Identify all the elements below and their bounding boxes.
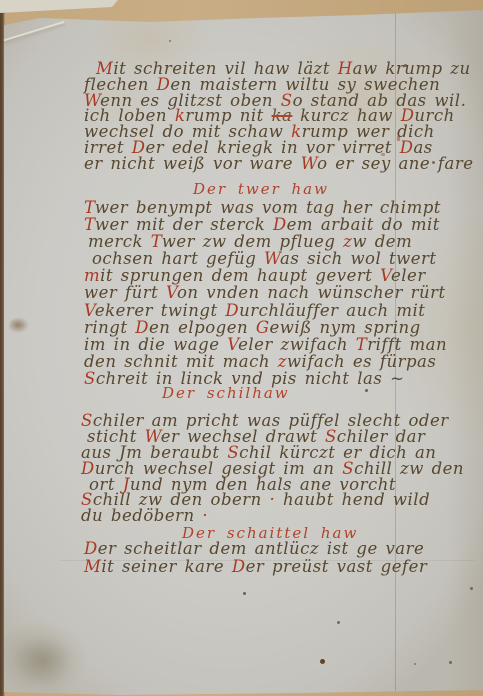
section-heading-twerhaw: Der twer haw [193, 180, 329, 198]
section-heading-schilhaw: Der schilhaw [162, 384, 290, 402]
text-line: Twer mit der sterck Dem arbait do mit [84, 216, 420, 233]
foxing-dot [328, 11, 331, 14]
text-line: ringt Den elpogen Gewiß nym spring [84, 319, 420, 336]
underlying-page-edge [0, 0, 118, 14]
ink-text: er scheitlar dem antlücz ist ge vare [98, 539, 425, 558]
text-line: im in die wage Veler zwifach Trifft man [84, 336, 420, 353]
text-line: mit sprungen dem haupt gevert Veler [84, 267, 420, 284]
text-line: den schnit mit mach zwifach es fürpas [84, 353, 420, 370]
text-line: wer fürt Von vnden nach wünscher rürt [84, 284, 420, 301]
manuscript-photo: Mit schreiten vil haw läzt Haw krump zuf… [0, 0, 483, 696]
smudge-stain [14, 636, 72, 686]
rubricated-letter: W [301, 154, 317, 173]
ink-text: er nicht weiß vor ware [84, 154, 301, 173]
text-line: du bedöbern · [81, 508, 417, 524]
text-line: Mit seiner kare Der preüst vast gefer [84, 558, 420, 576]
ink-stain [9, 317, 29, 333]
verse-paragraph-schilhaw: Schiler am pricht was püffel slecht oder… [81, 413, 417, 524]
ink-text: er preüst vast gefer [246, 557, 428, 576]
rubricated-letter: M [84, 557, 101, 576]
rubricated-letter: · [202, 506, 208, 525]
rubricated-letter: S [84, 369, 96, 388]
ink-text: it seiner kare [101, 557, 231, 576]
foxing-dot [470, 587, 473, 590]
verse-paragraph-twerhaw: Twer benympt was vom tag her chimptTwer … [84, 199, 420, 387]
text-line: ochsen hart gefüg Was sich wol twert [84, 250, 420, 267]
text-line: er nicht weiß vor ware Wo er sey ane far… [84, 156, 420, 172]
text-line: Twer benympt was vom tag her chimpt [84, 199, 420, 216]
corner-crease [0, 21, 65, 43]
text-line: Der scheitlar dem antlücz ist ge vare [84, 540, 420, 558]
text-line: merck Twer zw dem pflueg zw dem [84, 233, 420, 250]
text-block: Mit schreiten vil haw läzt Haw krump zuf… [84, 0, 420, 696]
verse-paragraph-schaittelhaw: Der scheitlar dem antlücz ist ge vareMit… [84, 540, 420, 576]
manuscript-page: Mit schreiten vil haw läzt Haw krump zuf… [0, 0, 483, 696]
foxing-dot [207, 3, 211, 7]
rubricated-letter: D [84, 539, 98, 558]
foxing-dot [449, 661, 452, 664]
rubricated-letter: D [232, 557, 246, 576]
ink-text: du bedöbern [81, 506, 202, 525]
ink-text: haubt hend wild [275, 490, 430, 509]
ink-text: o er sey ane fare [317, 154, 473, 173]
verse-paragraph-krumphau: Mit schreiten vil haw läzt Haw krump zuf… [84, 61, 420, 172]
text-line: Vekerer twingt Durchläuffer auch mit [84, 302, 420, 319]
